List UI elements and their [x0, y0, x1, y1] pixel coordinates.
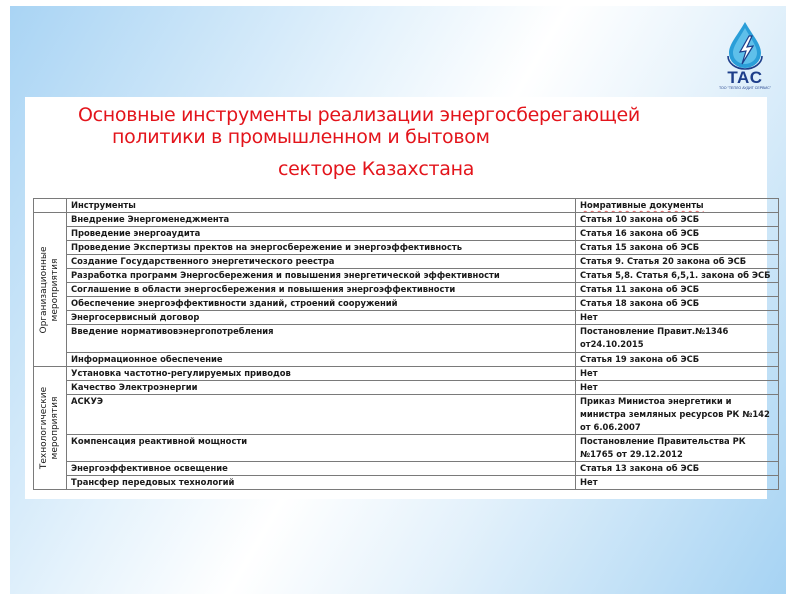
table-row: Качество Электроэнергии Нет — [34, 381, 779, 395]
table-row: Технологические мероприятия Установка ча… — [34, 367, 779, 381]
doc-cell: Нет — [576, 381, 779, 395]
tool-cell: Установка частотно-регулируемых приводов — [67, 367, 576, 381]
doc-cell: Нет — [576, 476, 779, 490]
group-label-organizational: Организационные мероприятия — [39, 246, 61, 333]
header-tools: Инструменты — [67, 199, 576, 213]
doc-cell: Статья 9. Статья 20 закона об ЭСБ — [576, 255, 779, 269]
tool-cell: Соглашение в области энергосбережения и … — [67, 283, 576, 297]
doc-cell: Статья 19 закона об ЭСБ — [576, 353, 779, 367]
doc-cell: Постановление Правительства РК №1765 от … — [576, 435, 779, 462]
title-line-1: Основные инструменты реализации энергосб… — [78, 104, 640, 126]
doc-cell: Статья 18 закона об ЭСБ — [576, 297, 779, 311]
doc-cell: Нет — [576, 311, 779, 325]
tool-cell: Энергосервисный договор — [67, 311, 576, 325]
tool-cell: Проведение энергоаудита — [67, 227, 576, 241]
table-row: Организационные мероприятия Внедрение Эн… — [34, 213, 779, 227]
table-row: Обеспечение энергоэффективности зданий, … — [34, 297, 779, 311]
tool-cell: Качество Электроэнергии — [67, 381, 576, 395]
water-drop-lightning-icon — [723, 20, 767, 70]
table-row: Проведение Экспертизы пректов на энергос… — [34, 241, 779, 255]
tool-cell: Обеспечение энергоэффективности зданий, … — [67, 297, 576, 311]
tool-cell: Разработка программ Энергосбережения и п… — [67, 269, 576, 283]
table-row: Проведение энергоаудита Статья 16 закона… — [34, 227, 779, 241]
tool-cell: Информационное обеспечение — [67, 353, 576, 367]
group-label-technological: Технологические мероприятия — [39, 387, 61, 469]
company-logo: TAC ТОО "ТЕПЛО АУДИТ СЕРВИС" — [700, 20, 790, 105]
doc-cell: Статья 11 закона об ЭСБ — [576, 283, 779, 297]
table-row: Компенсация реактивной мощности Постанов… — [34, 435, 779, 462]
tool-cell: Создание Государственного энергетическог… — [67, 255, 576, 269]
title-line-2: политики в промышленном и бытовом — [112, 126, 490, 148]
table-row: АСКУЭ Приказ Министоа энергетики и минис… — [34, 395, 779, 435]
tool-cell: Введение нормативовэнергопотребления — [67, 325, 576, 353]
tool-cell: Энергоэффективное освещение — [67, 462, 576, 476]
tool-cell: АСКУЭ — [67, 395, 576, 435]
table-row: Энергоэффективное освещение Статья 13 за… — [34, 462, 779, 476]
table-row: Введение нормативовэнергопотребления Пос… — [34, 325, 779, 353]
title-line-3: секторе Казахстана — [278, 158, 474, 180]
header-group — [34, 199, 67, 213]
table-row: Соглашение в области энергосбережения и … — [34, 283, 779, 297]
doc-cell: Статья 15 закона об ЭСБ — [576, 241, 779, 255]
logo-subtitle: ТОО "ТЕПЛО АУДИТ СЕРВИС" — [700, 86, 790, 91]
table-row: Разработка программ Энергосбережения и п… — [34, 269, 779, 283]
table-row: Энергосервисный договор Нет — [34, 311, 779, 325]
doc-cell: Статья 5,8. Статья 6,5,1. закона об ЭСБ — [576, 269, 779, 283]
doc-cell: Статья 10 закона об ЭСБ — [576, 213, 779, 227]
tool-cell: Трансфер передовых технологий — [67, 476, 576, 490]
logo-name: TAC — [700, 70, 790, 86]
table-row: Информационное обеспечение Статья 19 зак… — [34, 353, 779, 367]
doc-cell: Статья 16 закона об ЭСБ — [576, 227, 779, 241]
header-documents: Номративные документы — [576, 199, 779, 213]
table-row: Трансфер передовых технологий Нет — [34, 476, 779, 490]
group-organizational: Организационные мероприятия — [34, 213, 67, 367]
table-row: Создание Государственного энергетическог… — [34, 255, 779, 269]
tool-cell: Проведение Экспертизы пректов на энергос… — [67, 241, 576, 255]
doc-cell: Статья 13 закона об ЭСБ — [576, 462, 779, 476]
tool-cell: Внедрение Энергоменеджмента — [67, 213, 576, 227]
doc-cell: Нет — [576, 367, 779, 381]
table-header-row: Инструменты Номративные документы — [34, 199, 779, 213]
instruments-table: Инструменты Номративные документы Органи… — [33, 198, 779, 490]
doc-cell: Постановление Правит.№1346 от24.10.2015 — [576, 325, 779, 353]
doc-cell: Приказ Министоа энергетики и министра зе… — [576, 395, 779, 435]
group-technological: Технологические мероприятия — [34, 367, 67, 490]
tool-cell: Компенсация реактивной мощности — [67, 435, 576, 462]
